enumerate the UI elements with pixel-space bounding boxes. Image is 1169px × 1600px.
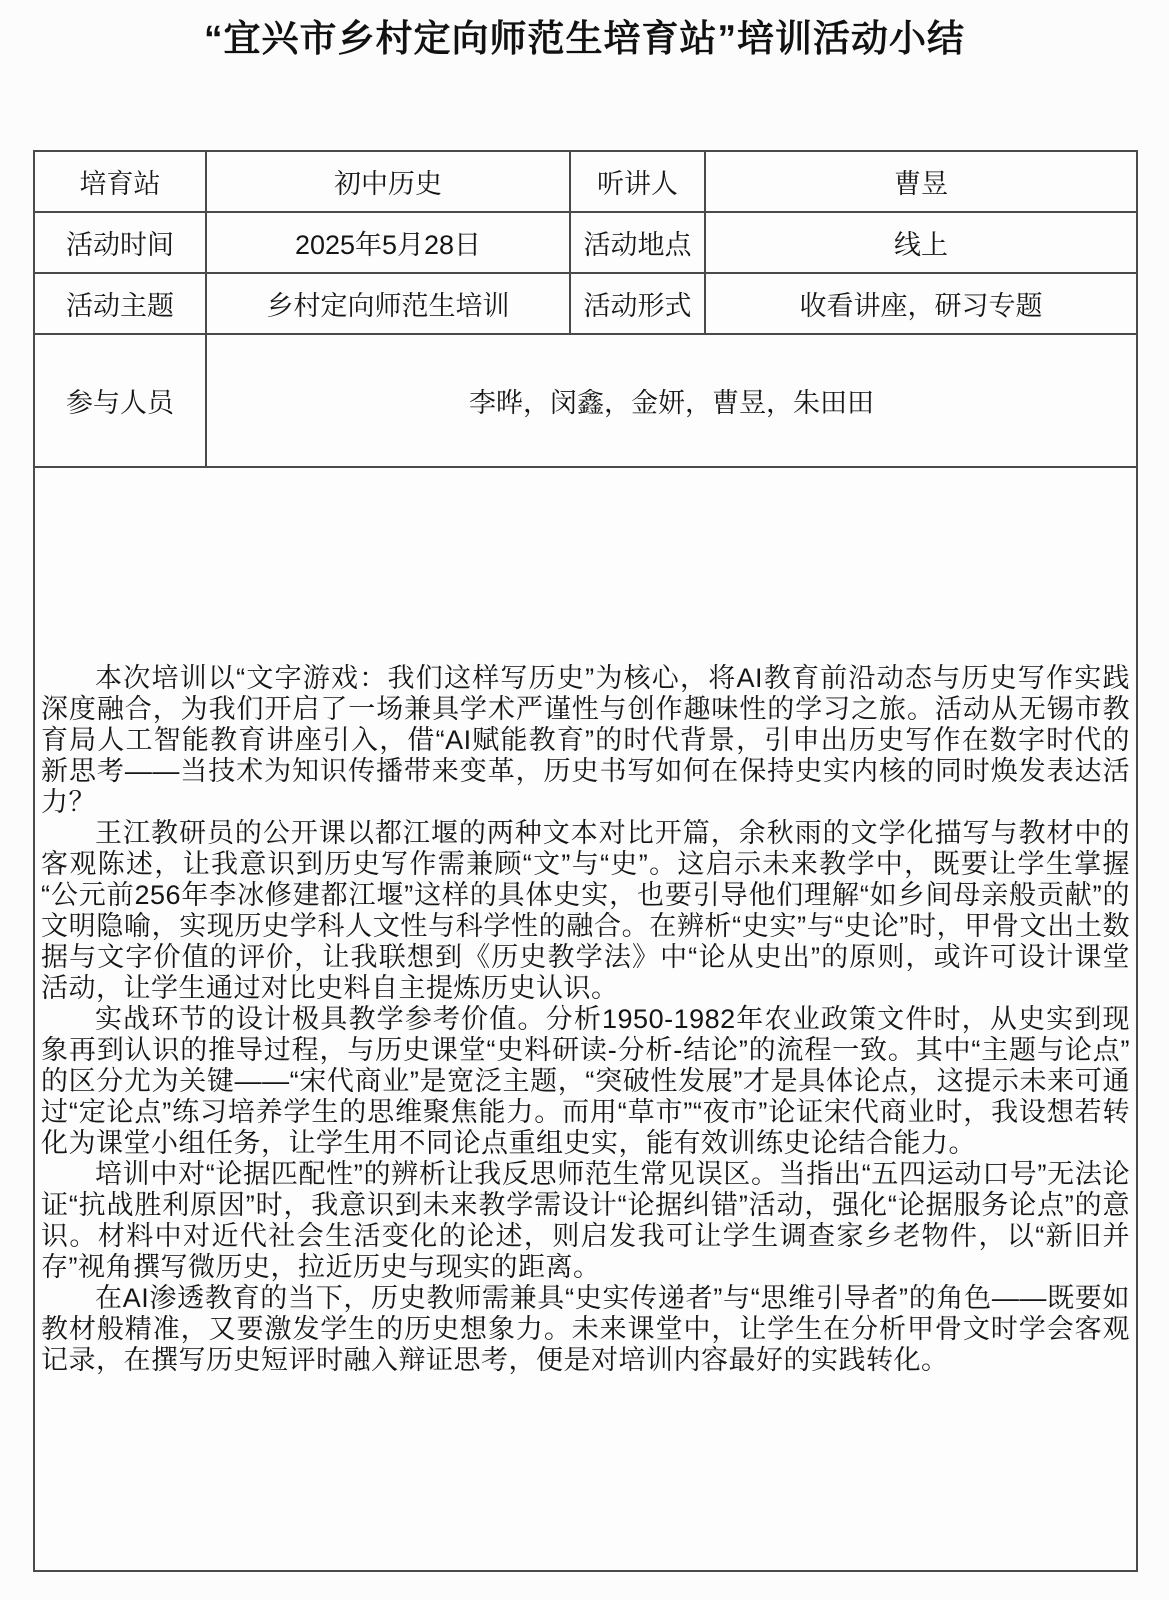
summary-paragraph: 王江教研员的公开课以都江堰的两种文本对比开篇，余秋雨的文学化描写与教材中的客观陈… [41,818,1130,1004]
field-label-listener: 听讲人 [570,151,705,212]
field-label-activity-form: 活动形式 [570,273,705,334]
table-row: 培育站 初中历史 听讲人 曹昱 [34,151,1137,212]
field-label-station: 培育站 [34,151,206,212]
field-label-activity-place: 活动地点 [570,212,705,273]
field-value-activity-time: 2025年5月28日 [206,212,570,273]
table-row: 参与人员 李晔，闵鑫，金妍，曹昱，朱田田 [34,334,1137,467]
table-row: 活动时间 2025年5月28日 活动地点 线上 [34,212,1137,273]
field-value-activity-topic: 乡村定向师范生培训 [206,273,570,334]
summary-paragraph: 培训中对“论据匹配性”的辨析让我反思师范生常见误区。当指出“五四运动口号”无法论… [41,1159,1130,1283]
field-label-participants: 参与人员 [34,334,206,467]
document-page: “宜兴市乡村定向师范生培育站”培训活动小结 培育站 初中历史 听讲人 曹昱 活动… [0,0,1169,1600]
field-label-activity-topic: 活动主题 [34,273,206,334]
training-summary-table: 培育站 初中历史 听讲人 曹昱 活动时间 2025年5月28日 活动地点 线上 … [33,150,1138,1572]
summary-paragraph: 实战环节的设计极具教学参考价值。分析1950-1982年农业政策文件时，从史实到… [41,1004,1130,1159]
field-value-activity-form: 收看讲座，研习专题 [705,273,1137,334]
field-value-participants: 李晔，闵鑫，金妍，曹昱，朱田田 [206,334,1137,467]
field-value-station: 初中历史 [206,151,570,212]
page-title: “宜兴市乡村定向师范生培育站”培训活动小结 [0,0,1169,62]
summary-body-cell: 本次培训以“文字游戏：我们这样写历史”为核心，将AI教育前沿动态与历史写作实践深… [34,467,1137,1571]
field-value-listener: 曹昱 [705,151,1137,212]
field-value-activity-place: 线上 [705,212,1137,273]
field-label-activity-time: 活动时间 [34,212,206,273]
summary-paragraph: 本次培训以“文字游戏：我们这样写历史”为核心，将AI教育前沿动态与历史写作实践深… [41,663,1130,818]
table-row: 活动主题 乡村定向师范生培训 活动形式 收看讲座，研习专题 [34,273,1137,334]
table-row: 本次培训以“文字游戏：我们这样写历史”为核心，将AI教育前沿动态与历史写作实践深… [34,467,1137,1571]
summary-paragraph: 在AI渗透教育的当下，历史教师需兼具“史实传递者”与“思维引导者”的角色——既要… [41,1283,1130,1376]
